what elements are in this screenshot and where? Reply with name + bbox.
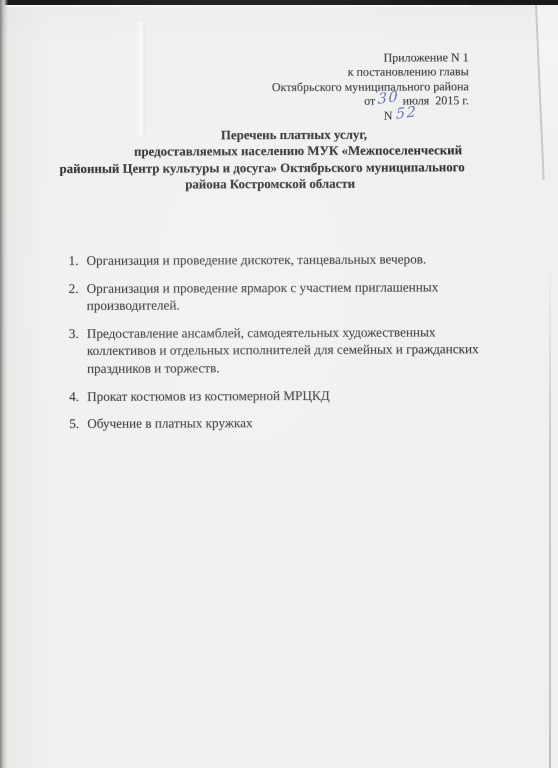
- list-item: 3. Предоставление ансамблей, самодеятель…: [69, 323, 539, 378]
- list-item-number: 1.: [68, 252, 86, 270]
- annex-number-line: Приложение N 1: [199, 50, 469, 66]
- title-line-4: района Костромской области: [0, 175, 549, 194]
- list-item-number: 4.: [69, 387, 87, 405]
- scanned-document-page: Приложение N 1 к постановлению главы Окт…: [0, 0, 558, 768]
- list-item-text: Обучение в платных кружках: [87, 414, 252, 432]
- list-item: 4. Прокат костюмов из костюмерной МРЦКД: [69, 385, 539, 405]
- list-item: 2. Организация и проведение ярмарок с уч…: [69, 277, 539, 314]
- annex-date-line: от 30 июля 2015 г.: [199, 93, 469, 109]
- list-item-number: 2.: [69, 279, 87, 314]
- services-list: 1. Организация и проведение дискотек, та…: [68, 250, 539, 443]
- list-item: 5. Обучение в платных кружках: [69, 413, 539, 433]
- annex-resolution-line: к постановлению главы: [199, 65, 469, 81]
- date-prefix: от: [364, 94, 378, 108]
- annex-header: Приложение N 1 к постановлению главы Окт…: [199, 50, 469, 123]
- annex-district-line: Октябрьского муниципального района: [199, 79, 469, 95]
- document-title: Перечень платных услуг, предоставляемых …: [0, 126, 557, 194]
- doc-number-prefix: N: [384, 108, 396, 122]
- list-item-text: Предоставление ансамблей, самодеятельных…: [87, 323, 479, 377]
- list-item-text: Прокат костюмов из костюмерной МРЦКД: [87, 386, 330, 405]
- list-item-text: Организация и проведение ярмарок с участ…: [87, 278, 439, 315]
- list-item-number: 5.: [69, 415, 87, 433]
- annex-doc-number-line: N 52: [199, 108, 469, 124]
- list-item-number: 3.: [69, 325, 87, 378]
- handwritten-day: 30: [378, 90, 399, 107]
- list-item-text: Организация и проведение дискотек, танце…: [86, 250, 426, 269]
- list-item: 1. Организация и проведение дискотек, та…: [68, 250, 538, 270]
- document-content: Приложение N 1 к постановлению главы Окт…: [0, 0, 558, 768]
- handwritten-doc-number: 52: [395, 105, 416, 122]
